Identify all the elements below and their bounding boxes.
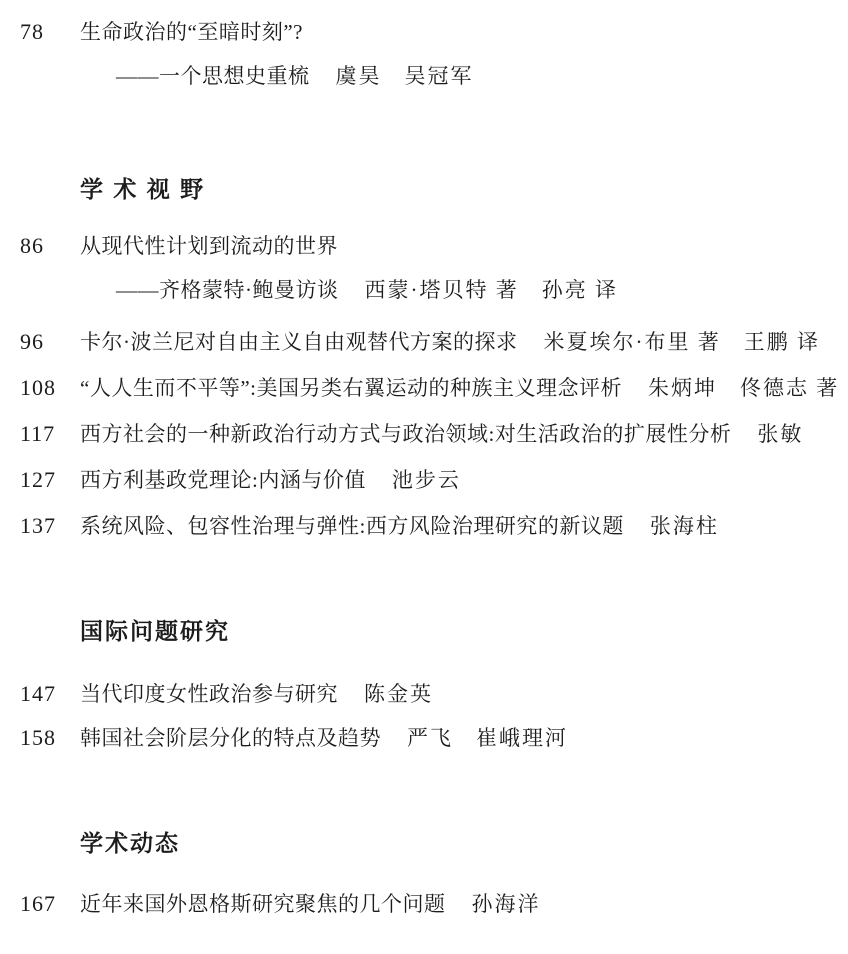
toc-entry-86-subtitle: ——齐格蒙特·鲍曼访谈西蒙·塔贝特 著 孙亮 译 bbox=[20, 278, 830, 302]
page-number: 158 bbox=[20, 726, 80, 750]
section-heading-academic-trends: 学术动态 bbox=[80, 830, 830, 856]
article-title: 从现代性计划到流动的世界 bbox=[80, 234, 338, 258]
article-title: 西方社会的一种新政治行动方式与政治领域:对生活政治的扩展性分析 bbox=[80, 422, 731, 446]
article-title: 韩国社会阶层分化的特点及趋势 bbox=[80, 726, 381, 750]
article-authors: 朱炳坤 佟德志 著 bbox=[648, 376, 839, 400]
article-authors: 严飞 崔峨理河 bbox=[407, 726, 568, 750]
toc-entry-86: 86 从现代性计划到流动的世界 bbox=[20, 234, 830, 258]
article-authors: 孙海洋 bbox=[472, 892, 541, 916]
article-subtitle: ——一个思想史重梳 bbox=[116, 64, 310, 88]
article-authors: 池步云 bbox=[392, 468, 461, 492]
article-authors: 西蒙·塔贝特 著 孙亮 译 bbox=[365, 278, 619, 302]
article-title: 卡尔·波兰尼对自由主义自由观替代方案的探求 bbox=[80, 330, 518, 354]
journal-toc-page: 78 生命政治的“至暗时刻”? ——一个思想史重梳虞昊 吴冠军 学 术 视 野 … bbox=[0, 0, 848, 954]
toc-entry-147: 147 当代印度女性政治参与研究陈金英 bbox=[20, 682, 830, 706]
page-number: 86 bbox=[20, 234, 80, 258]
article-authors: 虞昊 吴冠军 bbox=[336, 64, 474, 88]
article-title: 生命政治的“至暗时刻”? bbox=[80, 20, 303, 44]
toc-entry-108: 108 “人人生而不平等”:美国另类右翼运动的种族主义理念评析朱炳坤 佟德志 著 bbox=[20, 376, 830, 400]
article-title: 近年来国外恩格斯研究聚焦的几个问题 bbox=[80, 892, 446, 916]
toc-entry-117: 117 西方社会的一种新政治行动方式与政治领域:对生活政治的扩展性分析张敏 bbox=[20, 422, 830, 446]
toc-entry-78: 78 生命政治的“至暗时刻”? bbox=[20, 20, 830, 44]
article-authors: 陈金英 bbox=[364, 682, 433, 706]
page-number: 78 bbox=[20, 20, 80, 44]
article-authors: 米夏埃尔·布里 著 王鹏 译 bbox=[544, 330, 821, 354]
article-title: 当代印度女性政治参与研究 bbox=[80, 682, 338, 706]
article-title: 西方利基政党理论:内涵与价值 bbox=[80, 468, 366, 492]
page-number: 147 bbox=[20, 682, 80, 706]
article-authors: 张海柱 bbox=[650, 514, 719, 538]
toc-entry-96: 96 卡尔·波兰尼对自由主义自由观替代方案的探求米夏埃尔·布里 著 王鹏 译 bbox=[20, 330, 830, 354]
page-number: 167 bbox=[20, 892, 80, 916]
toc-entry-167: 167 近年来国外恩格斯研究聚焦的几个问题孙海洋 bbox=[20, 892, 830, 916]
page-number: 96 bbox=[20, 330, 80, 354]
section-heading-international-studies: 国际问题研究 bbox=[80, 618, 830, 644]
article-subtitle: ——齐格蒙特·鲍曼访谈 bbox=[116, 278, 339, 302]
toc-entry-137: 137 系统风险、包容性治理与弹性:西方风险治理研究的新议题张海柱 bbox=[20, 514, 830, 538]
article-authors: 张敏 bbox=[757, 422, 803, 446]
article-title: “人人生而不平等”:美国另类右翼运动的种族主义理念评析 bbox=[80, 376, 622, 400]
page-number: 127 bbox=[20, 468, 80, 492]
toc-entry-78-subtitle: ——一个思想史重梳虞昊 吴冠军 bbox=[20, 64, 830, 88]
section-heading-academic-horizons: 学 术 视 野 bbox=[80, 176, 830, 202]
toc-entry-127: 127 西方利基政党理论:内涵与价值池步云 bbox=[20, 468, 830, 492]
page-number: 117 bbox=[20, 422, 80, 446]
page-number: 108 bbox=[20, 376, 80, 400]
article-title: 系统风险、包容性治理与弹性:西方风险治理研究的新议题 bbox=[80, 514, 624, 538]
toc-entry-158: 158 韩国社会阶层分化的特点及趋势严飞 崔峨理河 bbox=[20, 726, 830, 750]
page-number: 137 bbox=[20, 514, 80, 538]
